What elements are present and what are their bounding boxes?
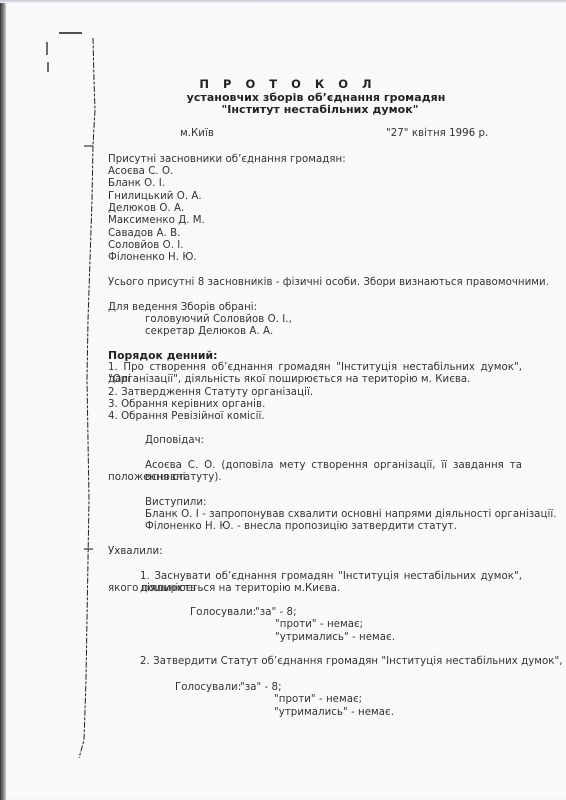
date: "27" квітня 1996 р. bbox=[386, 128, 488, 140]
attendee: Соловйов О. І. bbox=[108, 240, 184, 252]
spoke-heading: Виступили: bbox=[145, 497, 207, 509]
attendee: Бланк О. І. bbox=[108, 178, 165, 190]
attendee: Філоненко Н. Ю. bbox=[108, 252, 197, 264]
agenda-item: 3. Обрання керівних органів. bbox=[108, 399, 265, 411]
resolution-continued: якого поширюється на територію м.Києва. bbox=[108, 583, 340, 595]
officer-chair: головуючий Соловйов О. І., bbox=[145, 314, 292, 326]
document-title: П Р О Т О К О Л bbox=[199, 78, 376, 90]
agenda-item-continued: "Організації", діяльність якої поширюєть… bbox=[108, 374, 470, 386]
resolution: 2. Затвердити Статут об’єднання громадян… bbox=[140, 656, 563, 668]
speaker-entry: Філоненко Н. Ю. - внесла пропозицію затв… bbox=[145, 521, 457, 533]
speaker-report-continued: положення статуту). bbox=[108, 472, 222, 484]
officer-secretary: секретар Делюков А. А. bbox=[145, 326, 273, 338]
vote-abstain: "утримались" - немає. bbox=[275, 632, 395, 644]
officers-heading: Для ведення Зборів обрані: bbox=[108, 302, 257, 314]
vote-for: "за" - 8; bbox=[255, 607, 297, 619]
vote-label: Голосували: bbox=[175, 682, 241, 694]
attendee: Асоєва С. О. bbox=[108, 166, 173, 178]
vote-against: "проти" - немає; bbox=[274, 694, 362, 706]
vote-against: "проти" - немає; bbox=[275, 619, 363, 631]
vote-label: Голосували: bbox=[190, 607, 256, 619]
attendee: Максименко Д. М. bbox=[108, 215, 205, 227]
attendee: Гнилицький О. А. bbox=[108, 191, 202, 203]
attendees-heading: Присутні засновники об’єднання громадян: bbox=[108, 154, 346, 166]
place: м.Київ bbox=[180, 128, 214, 140]
speaker-entry: Бланк О. І - запропонував схвалити основ… bbox=[145, 509, 557, 521]
vote-abstain: "утримались" - немає. bbox=[274, 707, 394, 719]
resolved-heading: Ухвалили: bbox=[108, 546, 163, 558]
quorum-text: Усього присутні 8 засновників - фізичні … bbox=[108, 277, 549, 289]
organization-name: "Інститут нестабільних думок" bbox=[221, 104, 418, 116]
speaker-heading: Доповідач: bbox=[145, 435, 204, 447]
attendee: Делюков О. А. bbox=[108, 203, 184, 215]
agenda-item: 4. Обрання Ревізійної комісії. bbox=[108, 411, 265, 423]
attendee: Савадов А. В. bbox=[108, 228, 180, 240]
agenda-item: 2. Затвердження Статуту організації. bbox=[108, 387, 313, 399]
agenda-heading: Порядок денний: bbox=[108, 350, 218, 362]
vote-for: "за" - 8; bbox=[240, 682, 282, 694]
protocol-document: П Р О Т О К О Л установчих зборів об’єдн… bbox=[0, 0, 566, 800]
